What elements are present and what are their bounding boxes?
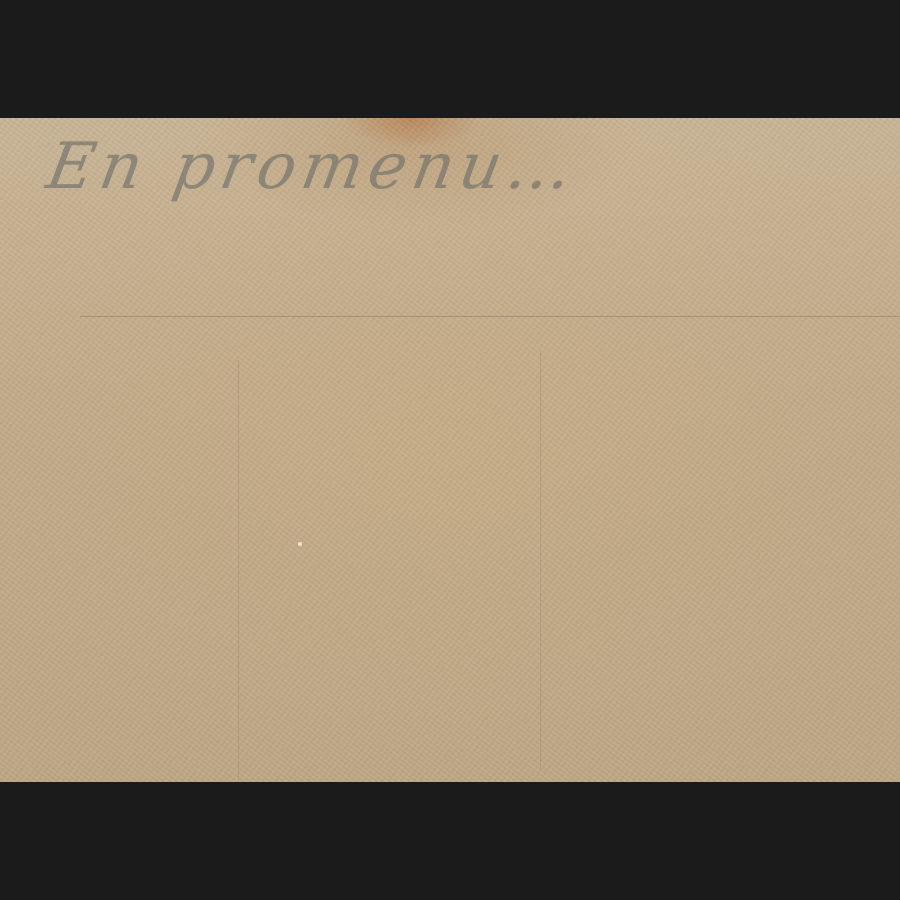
letterbox-bottom <box>0 782 900 900</box>
faint-vertical-line-left <box>238 360 239 780</box>
pencil-handwriting: En promenu… <box>41 130 583 204</box>
aged-paper <box>0 118 900 782</box>
pencil-ruled-line <box>80 316 900 317</box>
letterbox-top <box>0 0 900 118</box>
faint-vertical-line-right <box>540 350 541 770</box>
paper-speck <box>298 542 302 546</box>
